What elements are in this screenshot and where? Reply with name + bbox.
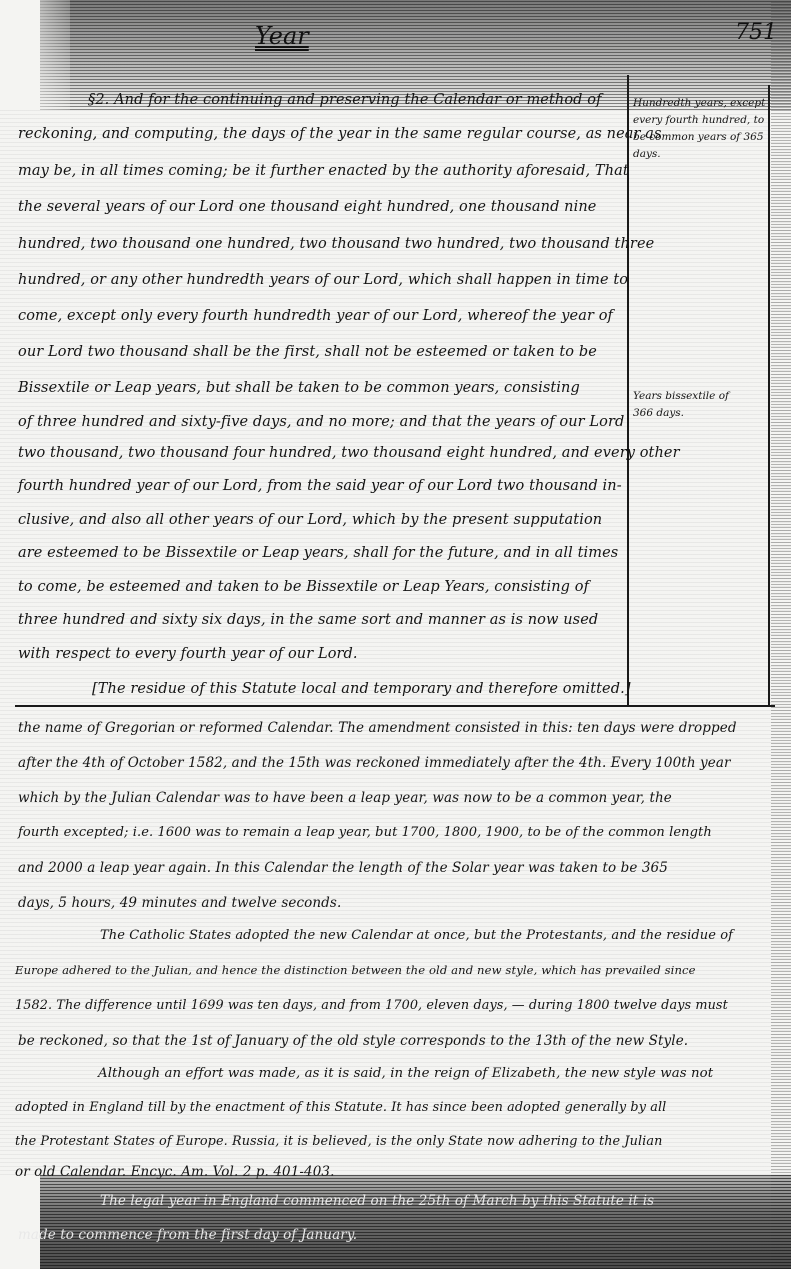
statute-line: hundred, two thousand one hundred, two t… xyxy=(18,236,654,252)
page-title: Year xyxy=(255,22,309,50)
margin-note-line: 366 days. xyxy=(633,405,729,422)
margin-note-hundredth-years: Hundredth years, except every fourth hun… xyxy=(633,95,765,163)
margin-rule-right xyxy=(768,85,770,705)
statute-line: are esteemed to be Bissextile or Leap ye… xyxy=(18,545,618,561)
commentary-line: The Catholic States adopted the new Cale… xyxy=(100,928,733,943)
margin-note-line: Hundredth years, except xyxy=(633,95,765,112)
commentary-line: and 2000 a leap year again. In this Cale… xyxy=(18,860,668,876)
statute-line: to come, be esteemed and taken to be Bis… xyxy=(18,579,589,595)
commentary-line: The legal year in England commenced on t… xyxy=(100,1193,654,1209)
statute-line: §2. And for the continuing and preservin… xyxy=(88,92,602,108)
statute-line: the several years of our Lord one thousa… xyxy=(18,199,596,215)
margin-note-bissextile: Years bissextile of 366 days. xyxy=(633,388,729,422)
commentary-line: fourth excepted; i.e. 1600 was to remain… xyxy=(18,825,712,840)
commentary-line: 1582. The difference until 1699 was ten … xyxy=(15,998,728,1013)
statute-line: with respect to every fourth year of our… xyxy=(18,646,358,662)
margin-note-line: Years bissextile of xyxy=(633,388,729,405)
scan-margin-left xyxy=(0,0,70,120)
commentary-line: Europe adhered to the Julian, and hence … xyxy=(15,963,696,977)
commentary-line: adopted in England till by the enactment… xyxy=(15,1100,666,1115)
statute-line: clusive, and also all other years of our… xyxy=(18,512,602,528)
commentary-line: after the 4th of October 1582, and the 1… xyxy=(18,755,731,771)
commentary-line: made to commence from the first day of J… xyxy=(18,1227,357,1243)
commentary-line: which by the Julian Calendar was to have… xyxy=(18,790,672,806)
omission-note: [The residue of this Statute local and t… xyxy=(92,681,631,697)
margin-note-line: days. xyxy=(633,146,765,163)
statute-line: Bissextile or Leap years, but shall be t… xyxy=(18,380,580,396)
commentary-line: Although an effort was made, as it is sa… xyxy=(98,1066,713,1081)
scan-right-edge xyxy=(771,0,791,1269)
statute-line: hundred, or any other hundredth years of… xyxy=(18,272,628,288)
statute-line: come, except only every fourth hundredth… xyxy=(18,308,613,324)
page-number: 751 xyxy=(735,20,777,45)
statute-line: three hundred and sixty six days, in the… xyxy=(18,612,598,628)
margin-note-line: every fourth hundred, to xyxy=(633,112,765,129)
statute-line: two thousand, two thousand four hundred,… xyxy=(18,445,680,461)
scan-noise-bottom xyxy=(40,1175,791,1269)
statute-line: of three hundred and sixty-five days, an… xyxy=(18,414,624,430)
commentary-line: be reckoned, so that the 1st of January … xyxy=(18,1033,688,1049)
commentary-line: days, 5 hours, 49 minutes and twelve sec… xyxy=(18,895,341,911)
statute-line: fourth hundred year of our Lord, from th… xyxy=(18,478,622,494)
scan-noise-lines xyxy=(0,110,791,1175)
statute-line: may be, in all times coming; be it furth… xyxy=(18,163,629,179)
margin-note-line: be common years of 365 xyxy=(633,129,765,146)
commentary-line: the name of Gregorian or reformed Calend… xyxy=(18,720,737,736)
statute-line: our Lord two thousand shall be the first… xyxy=(18,344,597,360)
commentary-line: the Protestant States of Europe. Russia,… xyxy=(15,1134,662,1149)
statute-line: reckoning, and computing, the days of th… xyxy=(18,126,662,142)
section-divider xyxy=(15,705,775,707)
